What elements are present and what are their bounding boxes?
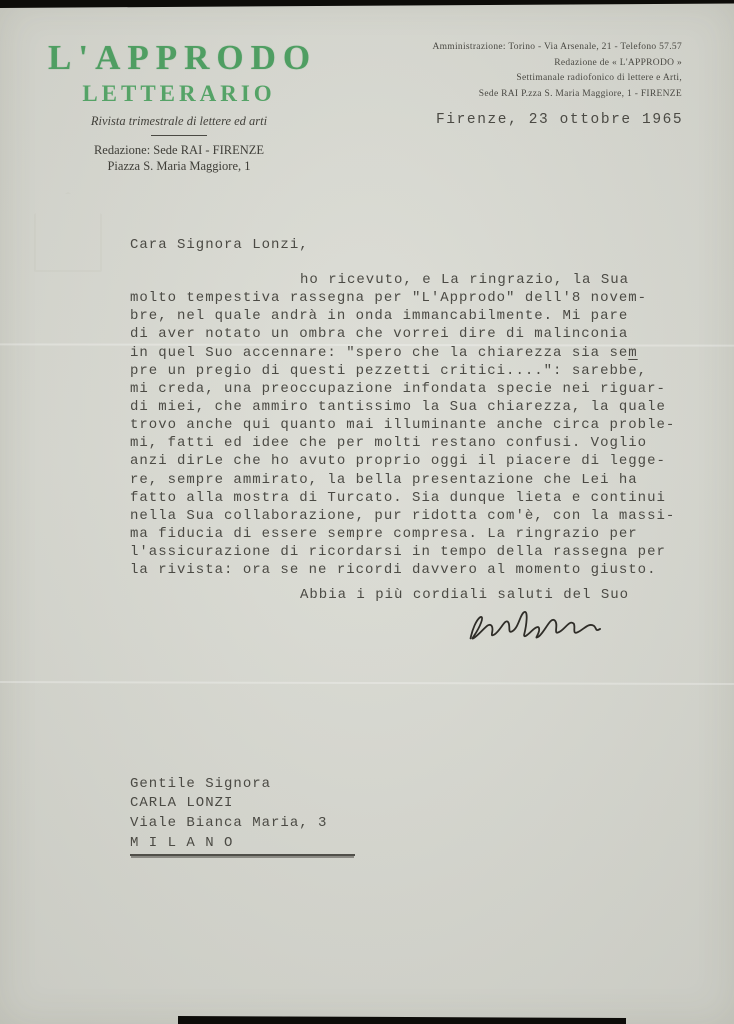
magazine-title: L'APPRODO — [48, 38, 310, 78]
body-text-line: trovo anche qui quanto mai illuminante a… — [130, 416, 675, 434]
letterhead-right: Amministrazione: Torino - Via Arsenale, … — [432, 40, 682, 102]
closing-line: Abbia i più cordiali saluti del Suo — [300, 586, 675, 604]
recipient-line: CARLA LONZI — [130, 794, 355, 813]
scanned-letter-page: L'APPRODO LETTERARIO Rivista trimestrale… — [0, 0, 734, 1024]
redazione-address-line1: Redazione: Sede RAI - FIRENZE — [48, 142, 310, 158]
letterhead-divider — [151, 135, 207, 136]
paper-watermark — [34, 192, 102, 272]
body-text-line: anzi dirLe che ho avuto proprio oggi il … — [130, 452, 675, 470]
body-text-line: di aver notato un ombra che vorrei dire … — [130, 325, 675, 343]
scan-border-top — [0, 0, 734, 8]
body-text-line: re, sempre ammirato, la bella presentazi… — [130, 471, 675, 489]
handwritten-signature — [460, 606, 618, 654]
body-text-line: l'assicurazione di ricordarsi in tempo d… — [130, 543, 675, 561]
body-text-line: bre, nel quale andrà in onda immancabilm… — [130, 307, 675, 325]
admin-info-line: Redazione de « L'APPRODO » — [432, 56, 682, 72]
magazine-subtitle: LETTERARIO — [48, 81, 310, 107]
letterhead-left: L'APPRODO LETTERARIO Rivista trimestrale… — [48, 38, 310, 174]
recipient-lines: Gentile SignoraCARLA LONZIViale Bianca M… — [130, 775, 355, 833]
body-text-line: la rivista: ora se ne ricordi davvero al… — [130, 561, 675, 579]
salutation: Cara Signora Lonzi, — [130, 237, 309, 253]
paper-fold-line — [0, 681, 734, 685]
recipient-city: M I L A N O — [130, 834, 355, 856]
admin-info-line: Amministrazione: Torino - Via Arsenale, … — [432, 40, 682, 56]
body-text-line: mi, fatti ed idee che per molti restano … — [130, 434, 675, 452]
body-text-line: pre un pregio di questi pezzetti critici… — [130, 362, 675, 380]
letter-body: ho ricevuto, e La ringrazio, la Suamolto… — [130, 271, 675, 604]
recipient-address: Gentile SignoraCARLA LONZIViale Bianca M… — [130, 775, 355, 856]
scan-border-bottom — [178, 1016, 626, 1024]
dateline: Firenze, 23 ottobre 1965 — [436, 112, 683, 128]
body-text-line: mi creda, una preoccupazione infondata s… — [130, 380, 675, 398]
body-text-line: molto tempestiva rassegna per "L'Approdo… — [130, 289, 675, 307]
body-text-line: ma fiducia di essere sempre compresa. La… — [130, 525, 675, 543]
body-text-line: di miei, che ammiro tantissimo la Sua ch… — [130, 398, 675, 416]
underlined-text: m — [628, 345, 637, 361]
recipient-line: Viale Bianca Maria, 3 — [130, 814, 355, 833]
body-text-line: in quel Suo accennare: "spero che la chi… — [130, 344, 675, 362]
body-text-line: nella Sua collaborazione, pur ridotta co… — [130, 507, 675, 525]
body-text-line: ho ricevuto, e La ringrazio, la Sua — [130, 271, 675, 289]
admin-info-line: Settimanale radiofonico di lettere e Art… — [432, 71, 682, 87]
recipient-line: Gentile Signora — [130, 775, 355, 794]
magazine-tagline: Rivista trimestrale di lettere ed arti — [48, 114, 310, 129]
body-text-line: fatto alla mostra di Turcato. Sia dunque… — [130, 489, 675, 507]
admin-info-line: Sede RAI P.zza S. Maria Maggiore, 1 - FI… — [432, 87, 682, 103]
signature-scrawl-icon — [460, 606, 618, 654]
redazione-address-line2: Piazza S. Maria Maggiore, 1 — [48, 158, 310, 174]
